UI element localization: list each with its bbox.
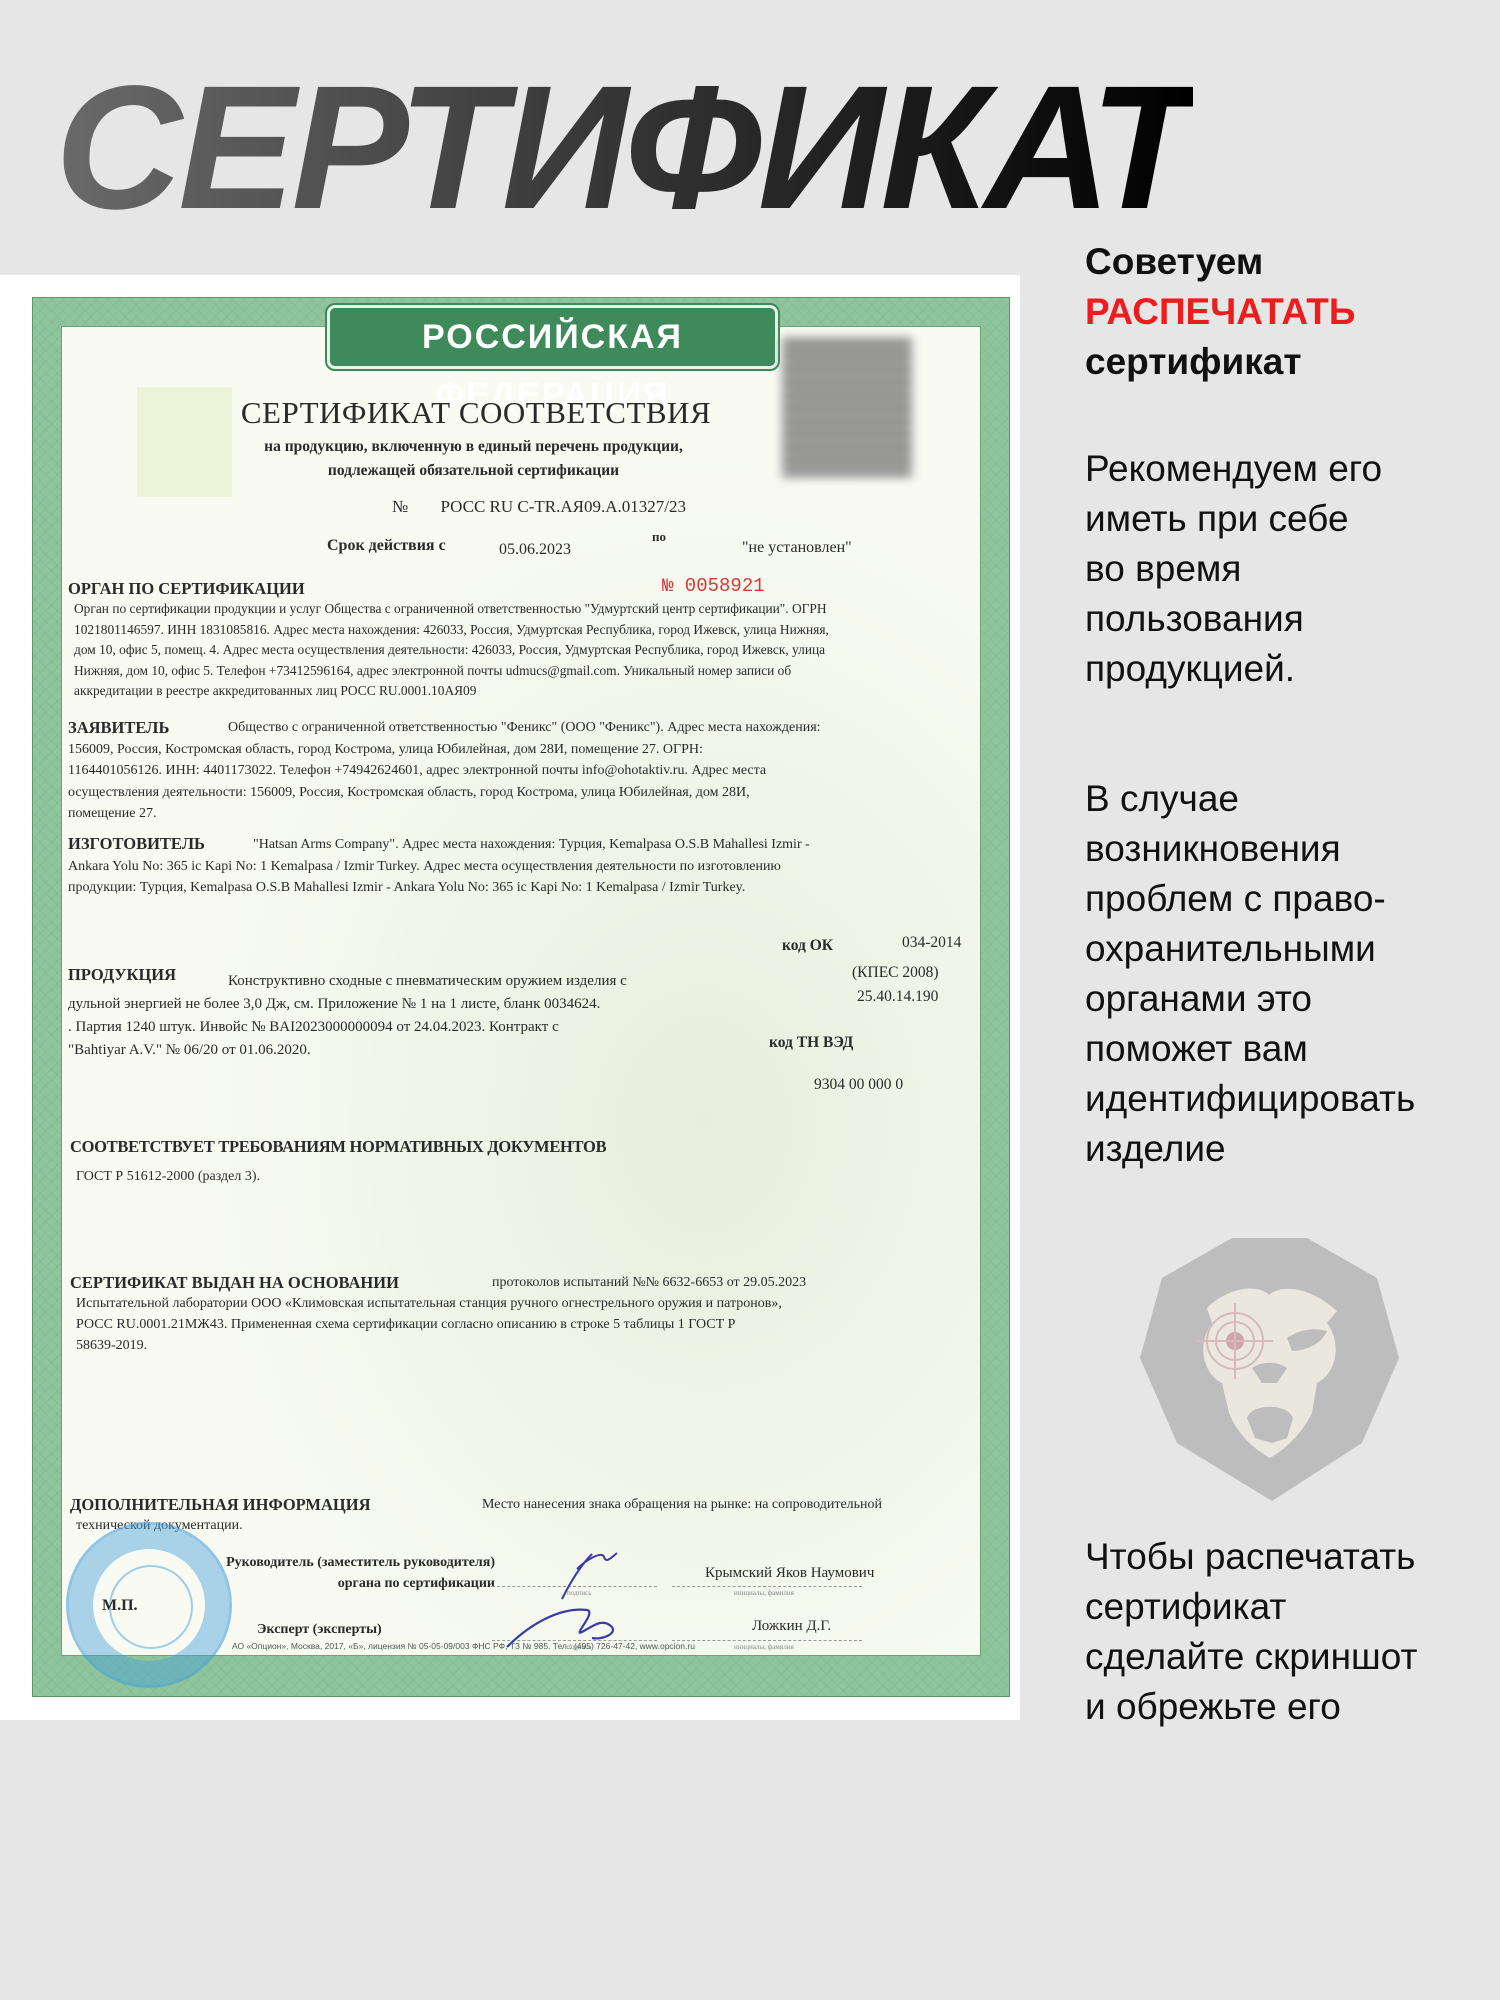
additional-first-line: Место нанесения знака обращения на рынке…: [482, 1495, 882, 1516]
text-line: проблем с право-: [1085, 874, 1415, 924]
text-line: Руководитель (заместитель руководителя): [170, 1553, 495, 1574]
text-line: осуществления деятельности: 156009, Росс…: [68, 782, 988, 804]
text-line: Чтобы распечатать: [1085, 1532, 1417, 1582]
organ-text: Орган по сертификации продукции и услуг …: [74, 599, 829, 702]
name-caption: инициалы, фамилия: [734, 1589, 794, 1597]
text-line: органа по сертификации: [170, 1574, 495, 1595]
certificate-number: № РОСС RU С-TR.АЯ09.А.01327/23: [392, 497, 686, 517]
text-line: иметь при себе: [1085, 494, 1382, 544]
number-sign: №: [392, 497, 408, 516]
serial-number: № 0058921: [662, 575, 765, 597]
text-line: идентифицировать: [1085, 1074, 1415, 1124]
conformity-text: ГОСТ Р 51612-2000 (раздел 3).: [76, 1167, 260, 1188]
certificate-subtitle: на продукцию, включенную в единый перече…: [62, 435, 980, 483]
validity-label: Срок действия с: [327, 537, 446, 555]
text-line: Конструктивно сходные с пневматическим о…: [68, 970, 627, 993]
basis-first-line: протоколов испытаний №№ 6632-6653 от 29.…: [492, 1273, 806, 1294]
kpes-value: 25.40.14.190: [857, 988, 938, 1006]
problem-block: В случае возникновения проблем с право- …: [1085, 774, 1415, 1174]
text-line: сертификат: [1085, 1582, 1417, 1632]
russian-federation-banner: РОССИЙСКАЯ ФЕДЕРАЦИЯ: [327, 305, 778, 369]
text-line: Испытательной лаборатории ООО «Климовска…: [76, 1293, 782, 1314]
text-line: дом 10, офис 5, помещ. 4. Адрес места ос…: [74, 640, 829, 661]
text-line: 58639-2019.: [76, 1335, 782, 1356]
head-name: Крымский Яков Наумович: [705, 1563, 874, 1584]
ok-code-value: 034-2014: [902, 934, 961, 952]
head-signature-icon: [532, 1549, 632, 1604]
text-line: Общество с ограниченной ответственностью…: [68, 717, 988, 739]
text-line: во время: [1085, 544, 1382, 594]
print-instruction-block: Чтобы распечатать сертификат сделайте ск…: [1085, 1532, 1417, 1732]
text-line: возникновения: [1085, 824, 1415, 874]
advice-accent: РАСПЕЧАТАТЬ: [1085, 287, 1355, 337]
text-line: аккредитации в реестре аккредитованных л…: [74, 681, 829, 702]
valid-from: 05.06.2023: [499, 541, 571, 559]
text-line: органами это: [1085, 974, 1415, 1024]
basis-text: Испытательной лаборатории ООО «Климовска…: [76, 1293, 782, 1356]
product-text: Конструктивно сходные с пневматическим о…: [68, 970, 627, 1062]
text-line: "Hatsan Arms Company". Адрес места нахож…: [68, 834, 988, 856]
text-line: и обрежьте его: [1085, 1682, 1417, 1732]
text-line: Рекомендуем его: [1085, 444, 1382, 494]
tnved-value: 9304 00 000 0: [814, 1076, 903, 1094]
certificate-body: РОССИЙСКАЯ ФЕДЕРАЦИЯ СЕРТИФИКАТ СООТВЕТС…: [61, 326, 981, 1656]
text-line: Нижняя, дом 10, офис 5. Телефон +7341259…: [74, 661, 829, 682]
stamp-label: М.П.: [102, 1597, 138, 1615]
basis-heading: СЕРТИФИКАТ ВЫДАН НА ОСНОВАНИИ: [70, 1273, 399, 1293]
conformity-heading: СООТВЕТСТВУЕТ ТРЕБОВАНИЯМ НОРМАТИВНЫХ ДО…: [70, 1137, 606, 1157]
text-line: сделайте скриншот: [1085, 1632, 1417, 1682]
text-line: Ankara Yolu No: 365 ic Kapi No: 1 Kemalp…: [68, 856, 988, 878]
text-line: изделие: [1085, 1124, 1415, 1174]
printer-footer: АО «Опцион», Москва, 2017, «Б», лицензия…: [232, 1641, 695, 1651]
valid-to: "не установлен": [742, 539, 852, 557]
text-line: . Партия 1240 штук. Инвойс № BAI20230000…: [68, 1016, 627, 1039]
text-line: "Bahtiyar A.V." № 06/20 от 01.06.2020.: [68, 1039, 627, 1062]
manufacturer-text: "Hatsan Arms Company". Адрес места нахож…: [68, 834, 988, 899]
page-title: СЕРТИФИКАТ: [55, 60, 1193, 236]
text-line: помещение 27.: [68, 803, 988, 825]
name-line: [672, 1586, 862, 1587]
certificate-border: РОССИЙСКАЯ ФЕДЕРАЦИЯ СЕРТИФИКАТ СООТВЕТС…: [32, 297, 1010, 1697]
advice-line: сертификат: [1085, 337, 1355, 387]
expert-label: Эксперт (эксперты): [257, 1620, 382, 1641]
advice-block: Советуем РАСПЕЧАТАТЬ сертификат: [1085, 237, 1355, 387]
advice-line: Советуем: [1085, 237, 1355, 287]
tnved-label: код ТН ВЭД: [769, 1034, 853, 1052]
text-line: РОСС RU.0001.21МЖ43. Примененная схема с…: [76, 1314, 782, 1335]
recommend-block: Рекомендуем его иметь при себе во время …: [1085, 444, 1382, 694]
ok-code-label: код ОК: [782, 937, 833, 955]
text-line: Орган по сертификации продукции и услуг …: [74, 599, 829, 620]
name-line: [672, 1640, 862, 1641]
head-label: Руководитель (заместитель руководителя) …: [170, 1553, 495, 1594]
organ-heading: ОРГАН ПО СЕРТИФИКАЦИИ: [68, 579, 305, 599]
stamp-seal-icon: [66, 1522, 232, 1688]
text-line: дульной энергией не более 3,0 Дж, см. Пр…: [68, 993, 627, 1016]
kpes-label: (КПЕС 2008): [852, 964, 939, 982]
text-line: 156009, Россия, Костромская область, гор…: [68, 739, 988, 761]
validity-to-label: по: [652, 529, 666, 545]
text-line: 1021801146597. ИНН 1831085816. Адрес мес…: [74, 620, 829, 641]
expert-name: Ложкин Д.Г.: [752, 1616, 831, 1637]
lion-shield-logo-icon: [1137, 1233, 1401, 1503]
text-line: В случае: [1085, 774, 1415, 824]
name-caption: инициалы, фамилия: [734, 1643, 794, 1651]
text-line: 1164401056126. ИНН: 4401173022. Телефон …: [68, 760, 988, 782]
additional-heading: ДОПОЛНИТЕЛЬНАЯ ИНФОРМАЦИЯ: [70, 1495, 371, 1515]
subtitle-line: на продукцию, включенную в единый перече…: [62, 435, 885, 459]
subtitle-line: подлежащей обязательной сертификации: [62, 459, 885, 483]
number-value: РОСС RU С-TR.АЯ09.А.01327/23: [440, 497, 686, 516]
certificate-image: РОССИЙСКАЯ ФЕДЕРАЦИЯ СЕРТИФИКАТ СООТВЕТС…: [0, 275, 1020, 1720]
text-line: пользования: [1085, 594, 1382, 644]
text-line: продукцией.: [1085, 644, 1382, 694]
certificate-title: СЕРТИФИКАТ СООТВЕТСТВИЯ: [62, 395, 980, 431]
text-line: охранительными: [1085, 924, 1415, 974]
text-line: поможет вам: [1085, 1024, 1415, 1074]
applicant-text: Общество с ограниченной ответственностью…: [68, 717, 988, 825]
text-line: продукции: Турция, Kemalpasa O.S.B Mahal…: [68, 877, 988, 899]
